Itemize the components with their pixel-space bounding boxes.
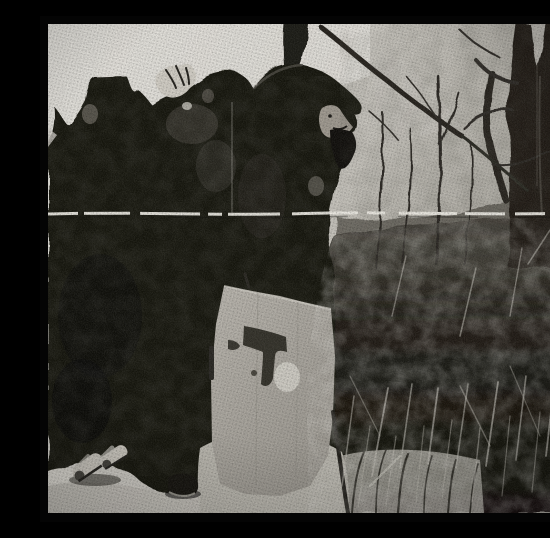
photo-canvas xyxy=(40,16,550,522)
newspaper-photo xyxy=(40,16,550,522)
vignette xyxy=(48,24,550,513)
